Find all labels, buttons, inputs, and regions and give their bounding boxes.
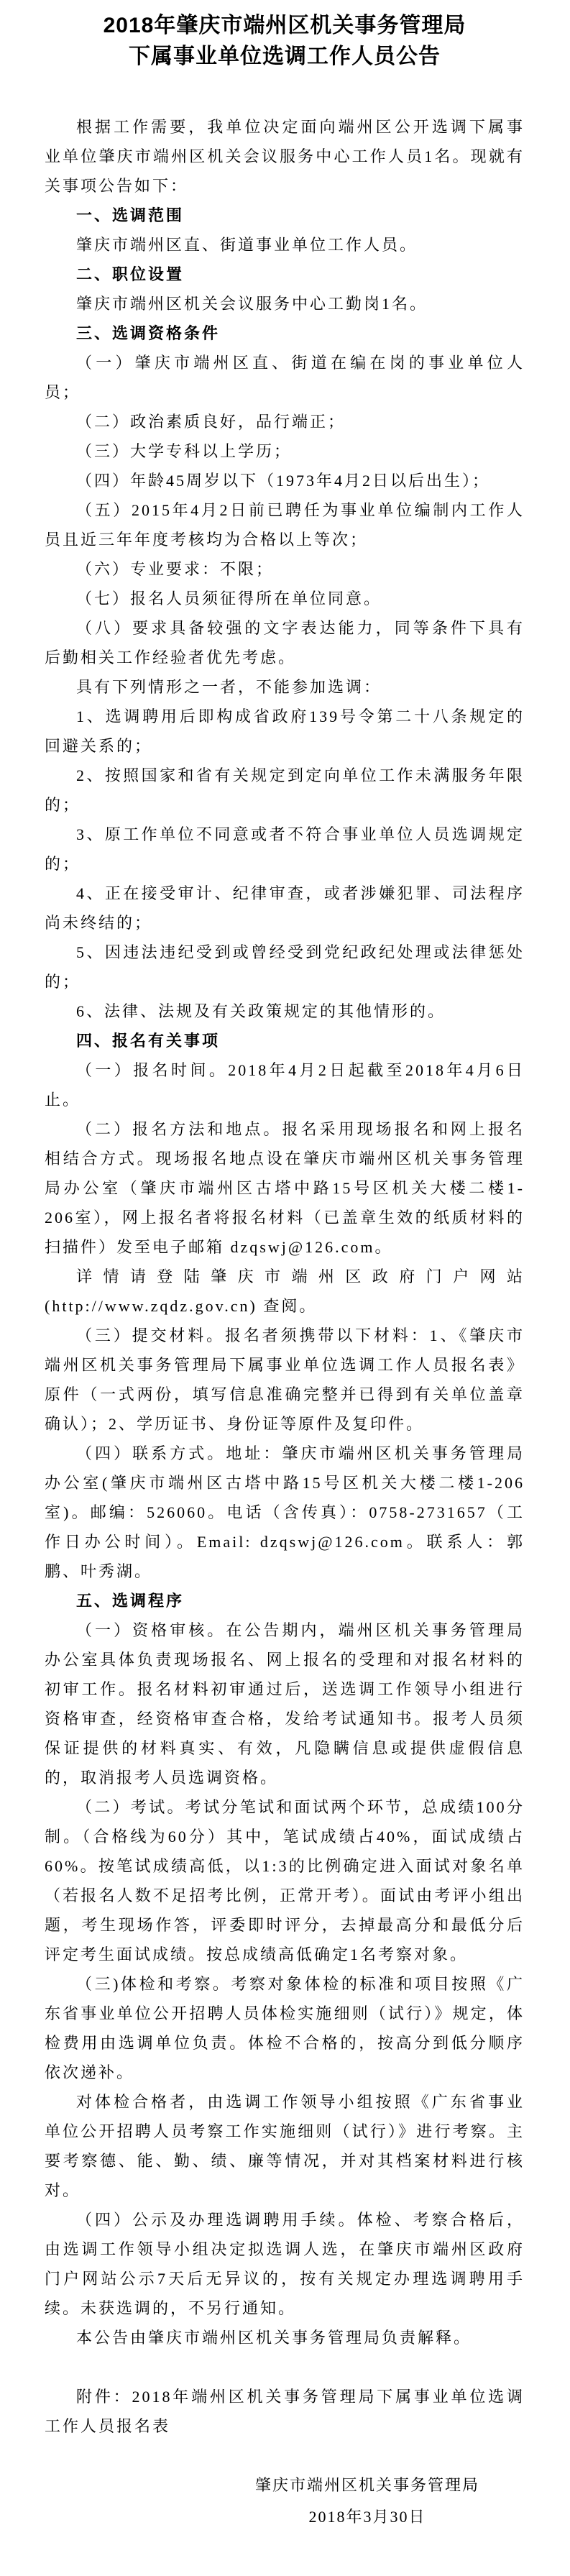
exclusion-item-3: 3、原工作单位不同意或者不符合事业单位人员选调规定的； bbox=[45, 820, 525, 879]
scope-body: 肇庆市端州区直、街道事业单位工作人员。 bbox=[45, 230, 525, 260]
qualification-item-4: （四）年龄45周岁以下（1973年4月2日以后出生）； bbox=[45, 466, 525, 495]
procedure-review: （一）资格审核。在公告期内，端州区机关事务管理局办公室具体负责现场报名、网上报名… bbox=[45, 1615, 525, 1792]
exclusion-item-6: 6、法律、法规及有关政策规定的其他情形的。 bbox=[45, 996, 525, 1026]
procedure-publicity: （四）公示及办理选调聘用手续。体检、考察合格后，由选调工作领导小组决定拟选调人选… bbox=[45, 2205, 525, 2323]
closing-statement: 本公告由肇庆市端州区机关事务管理局负责解释。 bbox=[45, 2323, 525, 2352]
qualification-item-3: （三）大学专科以上学历； bbox=[45, 436, 525, 466]
document-title: 2018年肇庆市端州区机关事务管理局 下属事业单位选调工作人员公告 bbox=[45, 10, 525, 72]
signature-block: 肇庆市端州区机关事务管理局 2018年3月30日 bbox=[255, 2470, 479, 2533]
intro-paragraph: 根据工作需要，我单位决定面向端州区公开选调下属事业单位肇庆市端州区机关会议服务中… bbox=[45, 112, 525, 201]
registration-method: （二）报名方法和地点。报名采用现场报名和网上报名相结合方式。现场报名地点设在肇庆… bbox=[45, 1114, 525, 1262]
registration-materials: （三）提交材料。报名者须携带以下材料：1、《肇庆市端州区机关事务管理局下属事业单… bbox=[45, 1321, 525, 1439]
section-heading-procedure: 五、选调程序 bbox=[45, 1586, 525, 1615]
exclusion-item-5: 5、因违法违纪受到或曾经受到党纪政纪处理或法律惩处的； bbox=[45, 938, 525, 996]
exclusion-item-2: 2、按照国家和省有关规定到定向单位工作未满服务年限的； bbox=[45, 761, 525, 820]
qualification-item-6: （六）专业要求：不限； bbox=[45, 554, 525, 584]
qualification-item-5: （五）2015年4月2日前已聘任为事业单位编制内工作人员且近三年年度考核均为合格… bbox=[45, 495, 525, 554]
exclusion-item-4: 4、正在接受审计、纪律审查，或者涉嫌犯罪、司法程序尚未终结的； bbox=[45, 879, 525, 938]
section-heading-scope: 一、选调范围 bbox=[45, 201, 525, 230]
title-line-2: 下属事业单位选调工作人员公告 bbox=[45, 41, 525, 72]
qualification-item-8: （八）要求具备较强的文字表达能力，同等条件下具有后勤相关工作经验者优先考虑。 bbox=[45, 613, 525, 672]
exclusion-item-1: 1、选调聘用后即构成省政府139号令第二十八条规定的回避关系的； bbox=[45, 702, 525, 761]
qualification-item-2: （二）政治素质良好，品行端正； bbox=[45, 407, 525, 436]
qualification-item-1: （一）肇庆市端州区直、街道在编在岗的事业单位人员； bbox=[45, 348, 525, 407]
procedure-exam: （二）考试。考试分笔试和面试两个环节，总成绩100分制。（合格线为60分）其中，… bbox=[45, 1792, 525, 1969]
section-heading-registration: 四、报名有关事项 bbox=[45, 1026, 525, 1055]
procedure-physical-inspection: （三)体检和考察。考察对象体检的标准和项目按照《广东省事业单位公开招聘人员体检实… bbox=[45, 1969, 525, 2087]
position-body: 肇庆市端州区机关会议服务中心工勤岗1名。 bbox=[45, 289, 525, 318]
qualification-item-7: （七）报名人员须征得所在单位同意。 bbox=[45, 584, 525, 613]
signature-org: 肇庆市端州区机关事务管理局 bbox=[255, 2470, 479, 2501]
registration-time: （一）报名时间。2018年4月2日起截至2018年4月6日止。 bbox=[45, 1055, 525, 1114]
section-heading-qualifications: 三、选调资格条件 bbox=[45, 318, 525, 348]
attachment-note: 附件：2018年端州区机关事务管理局下属事业单位选调工作人员报名表 bbox=[45, 2382, 525, 2441]
title-line-1: 2018年肇庆市端州区机关事务管理局 bbox=[45, 10, 525, 41]
procedure-inspection-detail: 对体检合格者，由选调工作领导小组按照《广东省事业单位公开招聘人员考察工作实施细则… bbox=[45, 2087, 525, 2205]
signature-date: 2018年3月30日 bbox=[255, 2501, 479, 2533]
announcement-page: 2018年肇庆市端州区机关事务管理局 下属事业单位选调工作人员公告 根据工作需要… bbox=[0, 0, 570, 2576]
section-heading-position: 二、职位设置 bbox=[45, 260, 525, 289]
registration-website-note: 详情请登陆肇庆市端州区政府门户网站(http://www.zqdz.gov.cn… bbox=[45, 1262, 525, 1321]
exclusion-intro: 具有下列情形之一者，不能参加选调： bbox=[45, 672, 525, 702]
registration-contact: （四）联系方式。地址：肇庆市端州区机关事务管理局办公室(肇庆市端州区古塔中路15… bbox=[45, 1439, 525, 1586]
